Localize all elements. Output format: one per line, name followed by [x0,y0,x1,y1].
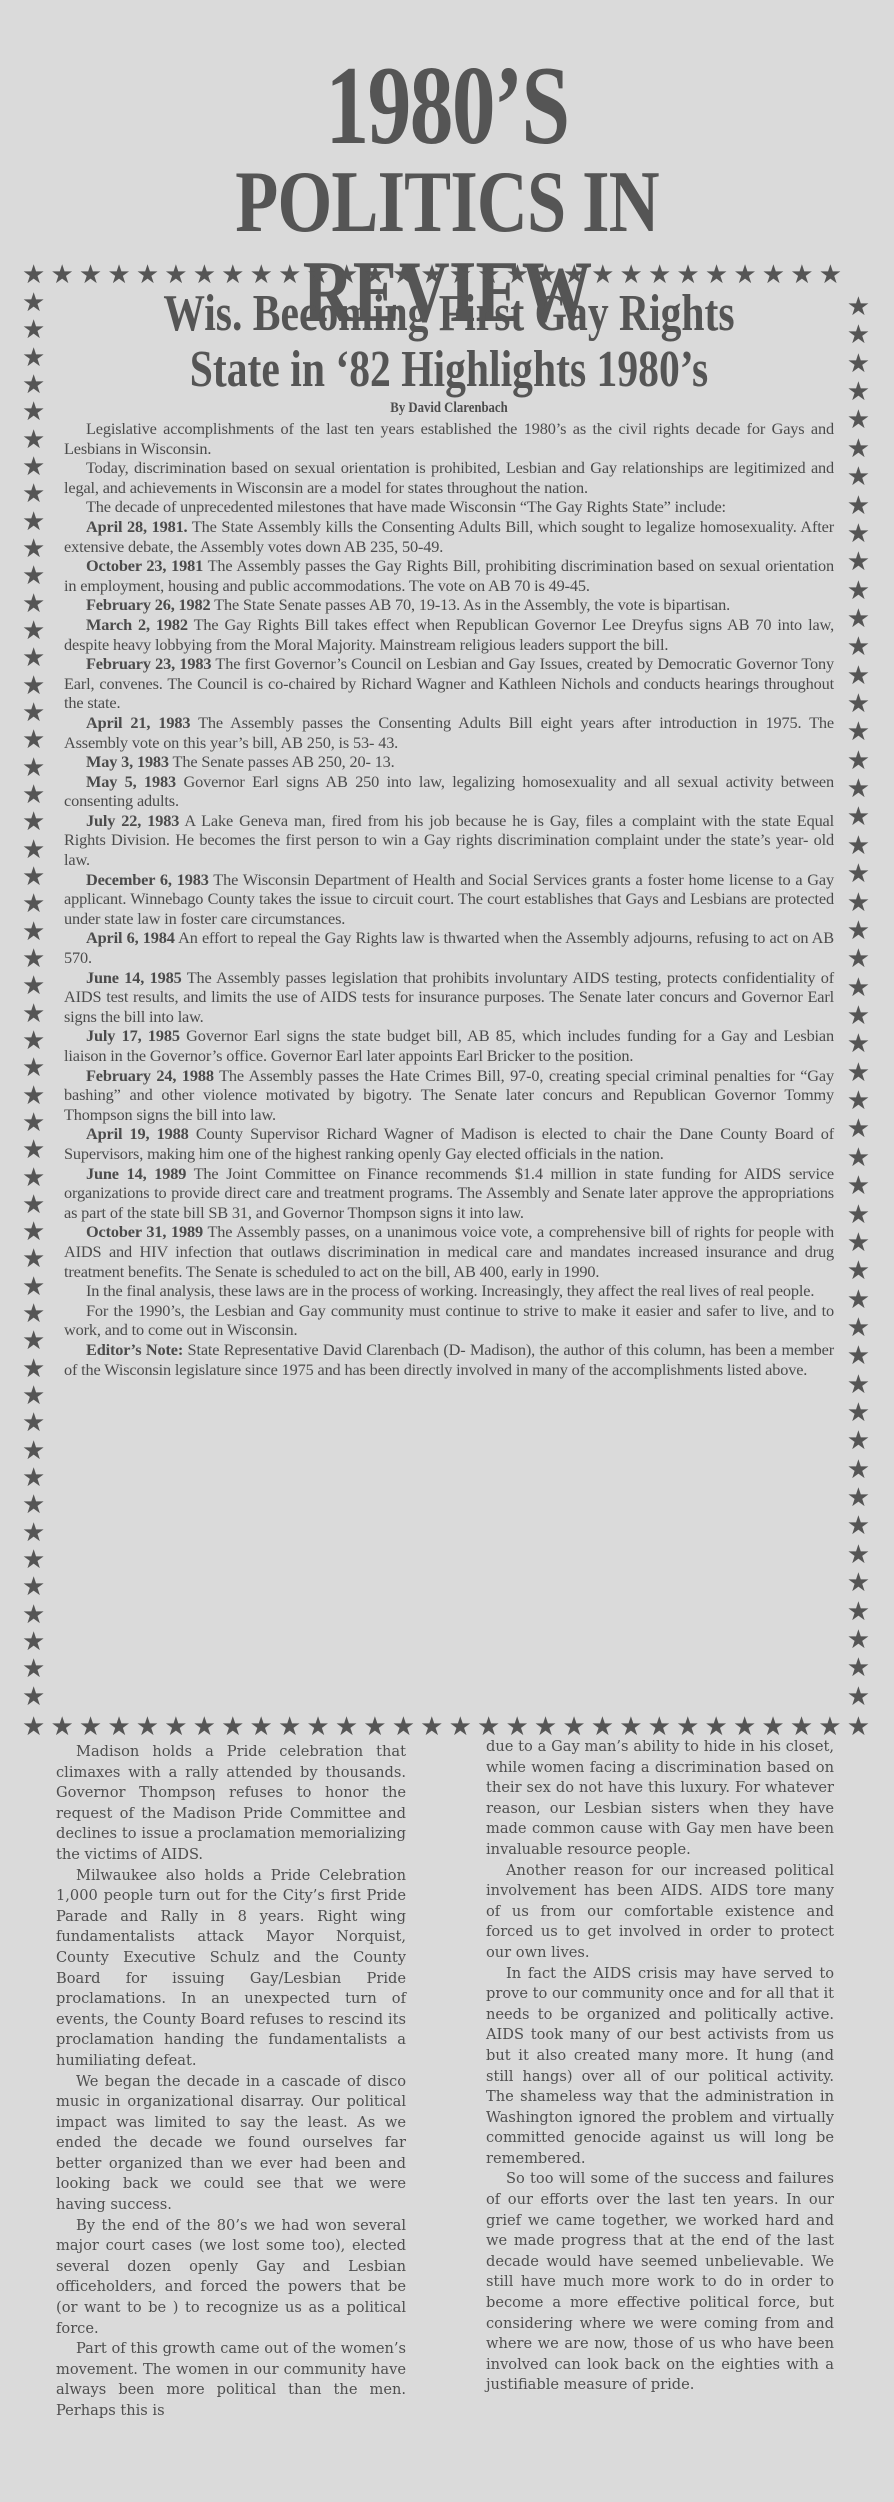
star-icon: ★ [22,1001,45,1027]
star-icon: ★ [22,591,45,617]
star-icon: ★ [847,351,870,377]
milestone-entry: June 14, 1989 The Joint Committee on Fin… [64,1164,834,1223]
star-icon: ★ [22,919,45,945]
milestone-date: December 6, 1983 [86,870,209,889]
star-icon: ★ [847,606,870,632]
star-icon: ★ [847,1060,870,1086]
star-icon: ★ [847,918,870,944]
milestone-date: February 24, 1988 [86,1066,214,1085]
milestone-date: May 3, 1983 [86,752,169,771]
milestone-date: June 14, 1985 [86,968,182,987]
star-icon: ★ [22,262,45,288]
star-icon: ★ [847,1599,870,1625]
star-icon: ★ [22,755,45,781]
article-body: Legislative accomplishments of the last … [64,419,834,1379]
star-icon: ★ [22,1684,45,1710]
star-icon: ★ [847,549,870,575]
milestone-entry: February 26, 1982 The State Senate passe… [64,595,834,615]
column-paragraph: So too will some of the success and fail… [486,2169,834,2396]
star-icon: ★ [22,782,45,808]
star-icon: ★ [762,262,785,288]
star-icon: ★ [22,1547,45,1573]
milestone-entry: July 22, 1983 A Lake Geneva man, fired f… [64,811,834,870]
milestone-entry: December 6, 1983 The Wisconsin Departmen… [64,870,834,929]
star-icon: ★ [847,294,870,320]
column-paragraph: Part of this growth came out of the wome… [56,2339,406,2421]
column-paragraph: Madison holds a Pride celebration that c… [56,1742,406,1866]
star-icon: ★ [22,1274,45,1300]
milestone-text: A Lake Geneva man, fired from his job be… [64,811,834,869]
star-icon: ★ [22,1137,45,1163]
star-icon: ★ [847,1655,870,1681]
star-icon: ★ [847,946,870,972]
star-icon: ★ [847,748,870,774]
star-icon: ★ [847,1173,870,1199]
star-icon: ★ [22,645,45,671]
star-icon: ★ [22,891,45,917]
star-icon: ★ [847,1372,870,1398]
star-icon: ★ [22,700,45,726]
star-icon: ★ [847,464,870,490]
star-icon: ★ [193,1714,216,1740]
star-icon: ★ [22,345,45,371]
milestone-entry: July 17, 1985 Governor Earl signs the st… [64,1026,834,1065]
star-icon: ★ [847,1088,870,1114]
milestone-entry: May 5, 1983 Governor Earl signs AB 250 i… [64,772,834,811]
star-icon: ★ [22,427,45,453]
intro-paragraph: Today, discrimination based on sexual or… [64,458,834,497]
star-icon: ★ [22,1602,45,1628]
star-icon: ★ [363,1714,386,1740]
milestone-date: May 5, 1983 [86,772,176,791]
star-icon: ★ [22,481,45,507]
star-icon: ★ [136,1714,159,1740]
milestone-entry: March 2, 1982 The Gay Rights Bill takes … [64,615,834,654]
star-icon: ★ [22,454,45,480]
star-icon: ★ [22,673,45,699]
star-icon: ★ [847,890,870,916]
milestone-text: Governor Earl signs AB 250 into law, leg… [64,772,834,811]
star-icon: ★ [50,1714,73,1740]
milestone-date: February 26, 1982 [86,595,211,614]
editors-note: Editor’s Note: State Representative Davi… [64,1340,834,1379]
star-icon: ★ [733,262,756,288]
star-icon: ★ [22,1629,45,1655]
star-icon: ★ [22,1438,45,1464]
milestone-entry: April 21, 1983 The Assembly passes the C… [64,713,834,752]
star-border-left: ★★★★★★★★★★★★★★★★★★★★★★★★★★★★★★★★★★★★★★★★… [22,290,45,1710]
star-icon: ★ [420,1714,443,1740]
star-icon: ★ [22,727,45,753]
intro-paragraph: The decade of unprecedented milestones t… [64,497,834,517]
milestone-date: October 23, 1981 [86,556,203,575]
star-icon: ★ [847,1627,870,1653]
closing-paragraph: In the final analysis, these laws are in… [64,1281,834,1301]
star-icon: ★ [22,618,45,644]
star-icon: ★ [22,1520,45,1546]
star-icon: ★ [22,1165,45,1191]
star-icon: ★ [22,1492,45,1518]
star-icon: ★ [22,1383,45,1409]
star-icon: ★ [847,1003,870,1029]
star-icon: ★ [847,1145,870,1171]
milestone-text: The State Senate passes AB 70, 19-13. As… [211,595,731,614]
milestone-entry: April 6, 1984 An effort to repeal the Ga… [64,928,834,967]
column-right: due to a Gay man’s ability to hide in hi… [486,1737,834,2396]
star-icon: ★ [107,1714,130,1740]
page-headline: 1980’S [98,50,795,162]
star-icon: ★ [449,1714,472,1740]
star-icon: ★ [847,521,870,547]
star-icon: ★ [847,493,870,519]
star-icon: ★ [335,1714,358,1740]
article-title-line-2: State in ‘82 Highlights 1980’s [141,342,757,398]
star-icon: ★ [847,663,870,689]
star-icon: ★ [847,634,870,660]
star-icon: ★ [847,691,870,717]
star-icon: ★ [22,1714,45,1740]
star-icon: ★ [847,322,870,348]
star-icon: ★ [847,1513,870,1539]
star-icon: ★ [306,1714,329,1740]
star-icon: ★ [847,379,870,405]
star-icon: ★ [847,1684,870,1710]
milestone-date: June 14, 1989 [86,1164,186,1183]
star-icon: ★ [22,1328,45,1354]
star-icon: ★ [847,1031,870,1057]
star-icon: ★ [22,1574,45,1600]
milestone-entry: October 23, 1981 The Assembly passes the… [64,556,834,595]
star-icon: ★ [847,975,870,1001]
intro-paragraph: Legislative accomplishments of the last … [64,419,834,458]
milestone-date: April 19, 1988 [86,1124,189,1143]
feature-article: Wis. Becoming First Gay Rights State in … [64,286,834,1379]
column-paragraph: Milwaukee also holds a Pride Celebration… [56,1866,406,2072]
milestone-text: The Senate passes AB 250, 20- 13. [169,752,395,771]
column-paragraph: Another reason for our increased politic… [486,1861,834,1964]
star-icon: ★ [250,1714,273,1740]
star-icon: ★ [79,1714,102,1740]
star-icon: ★ [22,290,45,316]
star-icon: ★ [847,1202,870,1228]
star-icon: ★ [22,1219,45,1245]
milestone-date: October 31, 1989 [86,1222,203,1241]
star-icon: ★ [164,1714,187,1740]
star-icon: ★ [22,536,45,562]
star-icon: ★ [847,1570,870,1596]
star-icon: ★ [847,1315,870,1341]
feature-box: ★★★★★★★★★★★★★★★★★★★★★★★★★★★★★ ★★★★★★★★★★… [22,262,870,1740]
star-icon: ★ [22,1356,45,1382]
star-icon: ★ [22,1246,45,1272]
star-icon: ★ [847,1457,870,1483]
star-icon: ★ [819,262,842,288]
star-icon: ★ [278,1714,301,1740]
milestone-text: An effort to repeal the Gay Rights law i… [64,928,834,967]
milestone-date: July 22, 1983 [86,811,179,830]
milestone-date: April 21, 1983 [86,713,190,732]
milestone-date: April 28, 1981. [86,517,187,536]
milestone-date: April 6, 1984 [86,928,175,947]
star-icon: ★ [847,1400,870,1426]
star-icon: ★ [22,864,45,890]
star-icon: ★ [847,833,870,859]
star-icon: ★ [847,436,870,462]
star-icon: ★ [22,1410,45,1436]
star-icon: ★ [847,1485,870,1511]
star-border-right: ★★★★★★★★★★★★★★★★★★★★★★★★★★★★★★★★★★★★★★★★… [847,294,870,1710]
star-icon: ★ [847,578,870,604]
star-icon: ★ [22,946,45,972]
star-icon: ★ [392,1714,415,1740]
star-icon: ★ [847,804,870,830]
star-icon: ★ [22,1301,45,1327]
star-icon: ★ [847,719,870,745]
star-icon: ★ [22,1656,45,1682]
column-paragraph: We began the decade in a cascade of disc… [56,2072,406,2216]
star-icon: ★ [79,262,102,288]
star-icon: ★ [22,509,45,535]
star-icon: ★ [847,776,870,802]
star-icon: ★ [22,399,45,425]
star-icon: ★ [22,1055,45,1081]
milestone-date: March 2, 1982 [86,615,188,634]
star-icon: ★ [847,1287,870,1313]
article-title-line-1: Wis. Becoming First Gay Rights [141,286,757,342]
star-icon: ★ [22,1028,45,1054]
star-icon: ★ [22,809,45,835]
milestone-text: Governor Earl signs the state budget bil… [64,1026,834,1065]
star-icon: ★ [221,1714,244,1740]
star-icon: ★ [847,861,870,887]
milestone-entry: April 28, 1981. The State Assembly kills… [64,517,834,556]
milestone-date: July 17, 1985 [86,1026,180,1045]
column-paragraph-continued: due to a Gay man’s ability to hide in hi… [486,1737,834,1861]
star-icon: ★ [22,372,45,398]
star-icon: ★ [847,1714,870,1740]
star-icon: ★ [847,1343,870,1369]
milestone-entry: April 19, 1988 County Supervisor Richard… [64,1124,834,1163]
star-icon: ★ [22,1083,45,1109]
star-icon: ★ [22,837,45,863]
star-icon: ★ [22,1465,45,1491]
star-icon: ★ [22,563,45,589]
star-icon: ★ [847,1542,870,1568]
star-icon: ★ [22,973,45,999]
milestone-entry: June 14, 1985 The Assembly passes legisl… [64,968,834,1027]
column-paragraph: By the end of the 80’s we had won severa… [56,2216,406,2340]
milestone-entry: October 31, 1989 The Assembly passes, on… [64,1222,834,1281]
milestone-entry: February 23, 1983 The first Governor’s C… [64,654,834,713]
star-icon: ★ [22,1192,45,1218]
star-icon: ★ [847,1230,870,1256]
star-icon: ★ [847,1428,870,1454]
milestone-entry: May 3, 1983 The Senate passes AB 250, 20… [64,752,834,772]
star-icon: ★ [50,262,73,288]
star-icon: ★ [847,1258,870,1284]
star-icon: ★ [136,262,159,288]
column-left: Madison holds a Pride celebration that c… [56,1742,406,2422]
milestone-entry: February 24, 1988 The Assembly passes th… [64,1066,834,1125]
star-icon: ★ [107,262,130,288]
article-byline: By David Clarenbach [122,400,777,417]
star-icon: ★ [847,407,870,433]
column-paragraph: In fact the AIDS crisis may have served … [486,1964,834,2170]
star-icon: ★ [847,1116,870,1142]
closing-paragraph: For the 1990’s, the Lesbian and Gay comm… [64,1301,834,1340]
editors-note-label: Editor’s Note: [86,1340,183,1359]
star-icon: ★ [22,317,45,343]
star-icon: ★ [790,262,813,288]
star-icon: ★ [22,1110,45,1136]
milestone-date: February 23, 1983 [86,654,211,673]
